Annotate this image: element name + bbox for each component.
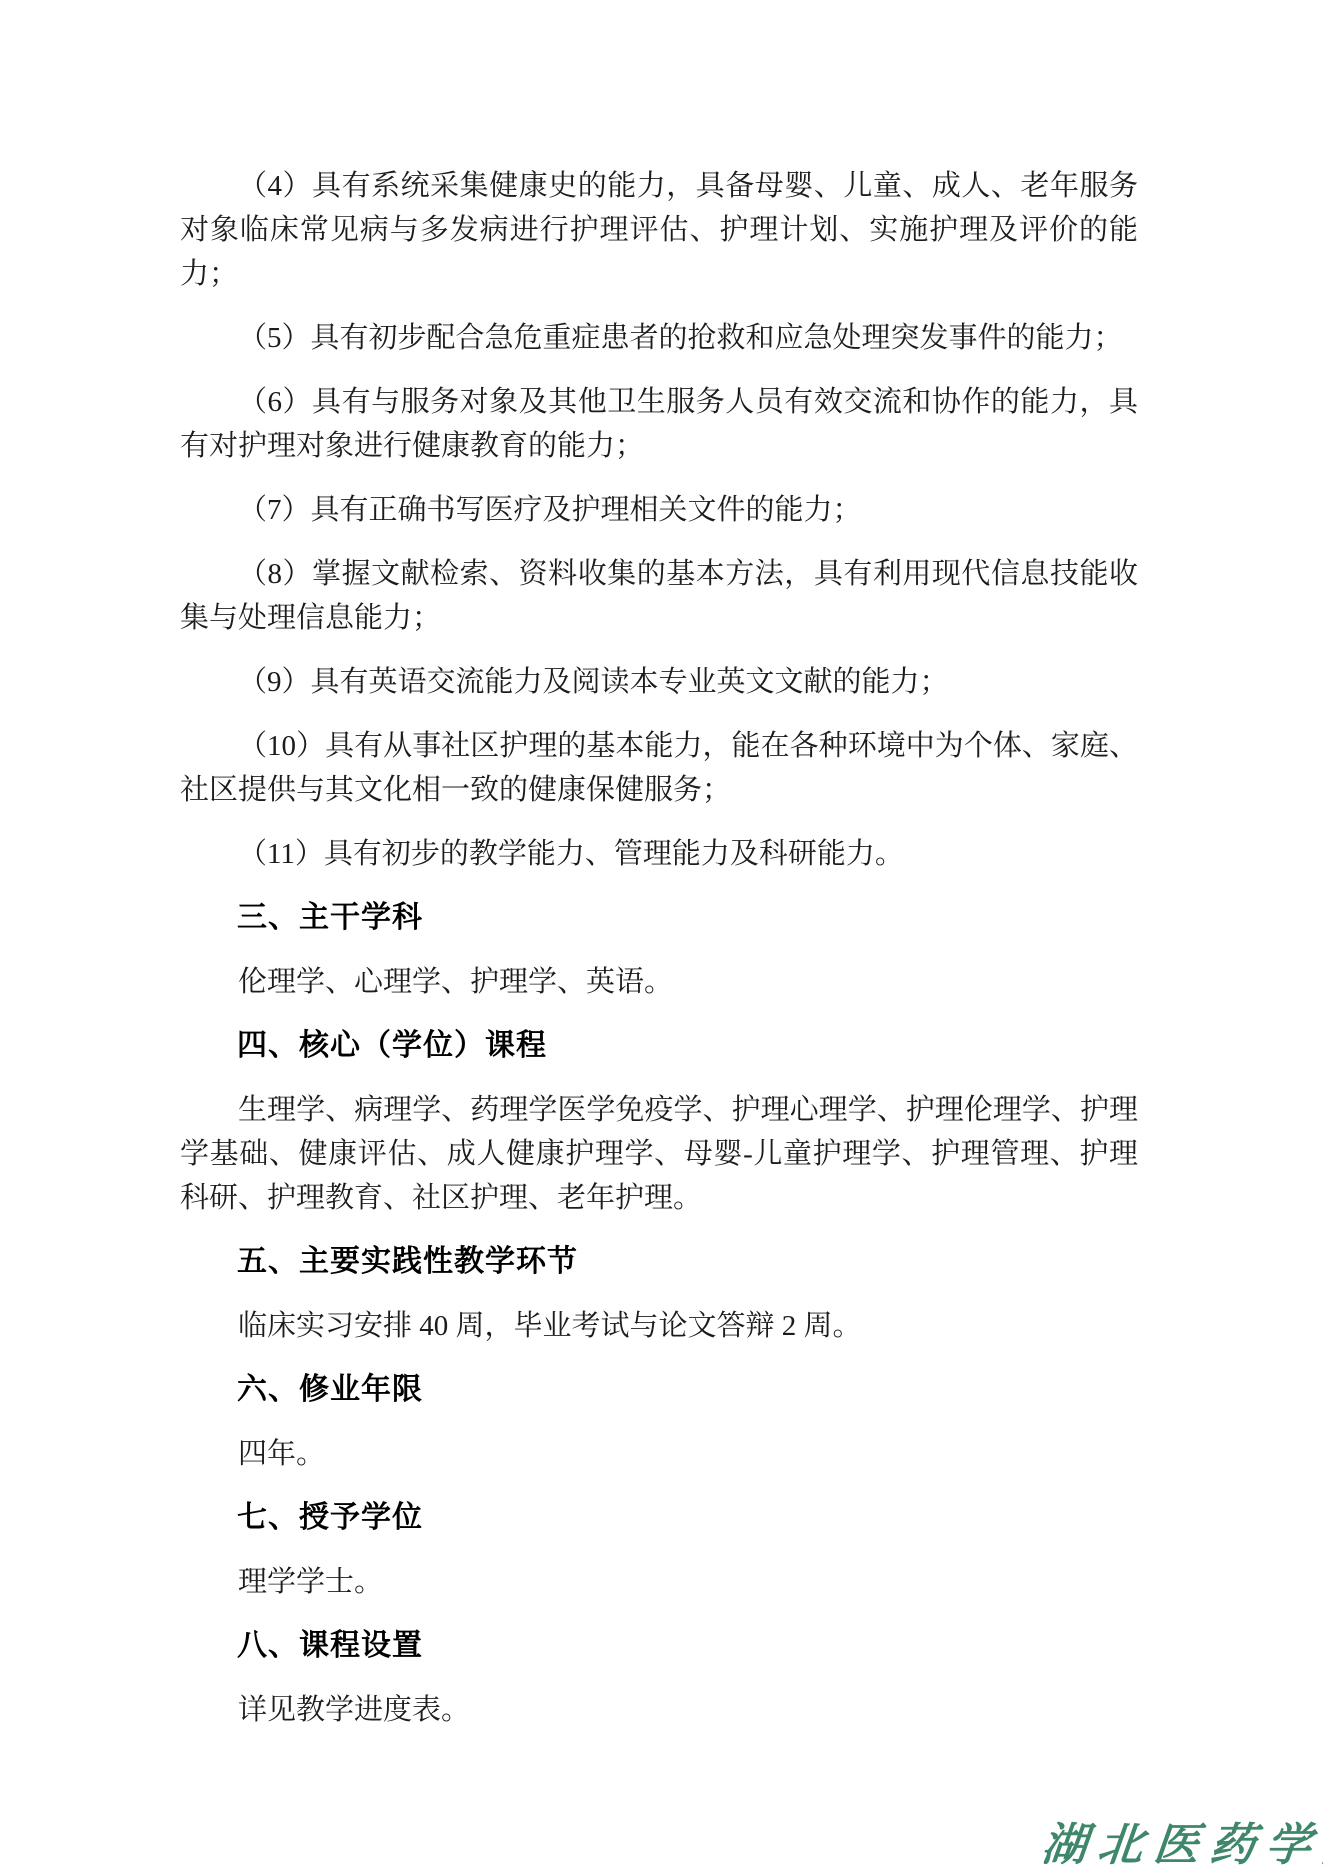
paragraph-ability-5: （5）具有初步配合急危重症患者的抢救和应急处理突发事件的能力； (180, 316, 1138, 360)
heading-curriculum-setup: 八、课程设置 (180, 1624, 1138, 1668)
paragraph-ability-9: （9）具有英语交流能力及阅读本专业英文文献的能力； (180, 660, 1138, 704)
paragraph-practice-teaching: 临床实习安排 40 周，毕业考试与论文答辩 2 周。 (180, 1304, 1138, 1348)
heading-study-duration: 六、修业年限 (180, 1368, 1138, 1412)
paragraph-ability-11: （11）具有初步的教学能力、管理能力及科研能力。 (180, 832, 1138, 876)
heading-practice-teaching: 五、主要实践性教学环节 (180, 1240, 1138, 1284)
heading-core-degree-courses: 四、核心（学位）课程 (180, 1024, 1138, 1068)
paragraph-core-degree-courses: 生理学、病理学、药理学医学免疫学、护理心理学、护理伦理学、护理学基础、健康评估、… (180, 1088, 1138, 1220)
university-watermark: 湖北医药学院 (1039, 1818, 1323, 1871)
paragraph-degree-awarded: 理学学士。 (180, 1560, 1138, 1604)
document-body: （4）具有系统采集健康史的能力，具备母婴、儿童、成人、老年服务对象临床常见病与多… (180, 164, 1138, 1752)
heading-degree-awarded: 七、授予学位 (180, 1496, 1138, 1540)
heading-main-disciplines: 三、主干学科 (180, 896, 1138, 940)
paragraph-curriculum-setup: 详见教学进度表。 (180, 1688, 1138, 1732)
paragraph-study-duration: 四年。 (180, 1432, 1138, 1476)
paragraph-ability-4: （4）具有系统采集健康史的能力，具备母婴、儿童、成人、老年服务对象临床常见病与多… (180, 164, 1138, 296)
document-page: { "page": { "background": "#ffffff", "te… (0, 0, 1323, 1871)
paragraph-ability-7: （7）具有正确书写医疗及护理相关文件的能力； (180, 488, 1138, 532)
paragraph-ability-8: （8）掌握文献检索、资料收集的基本方法，具有利用现代信息技能收集与处理信息能力； (180, 552, 1138, 640)
paragraph-ability-6: （6）具有与服务对象及其他卫生服务人员有效交流和协作的能力，具有对护理对象进行健… (180, 380, 1138, 468)
paragraph-ability-10: （10）具有从事社区护理的基本能力，能在各种环境中为个体、家庭、社区提供与其文化… (180, 724, 1138, 812)
paragraph-main-disciplines: 伦理学、心理学、护理学、英语。 (180, 960, 1138, 1004)
